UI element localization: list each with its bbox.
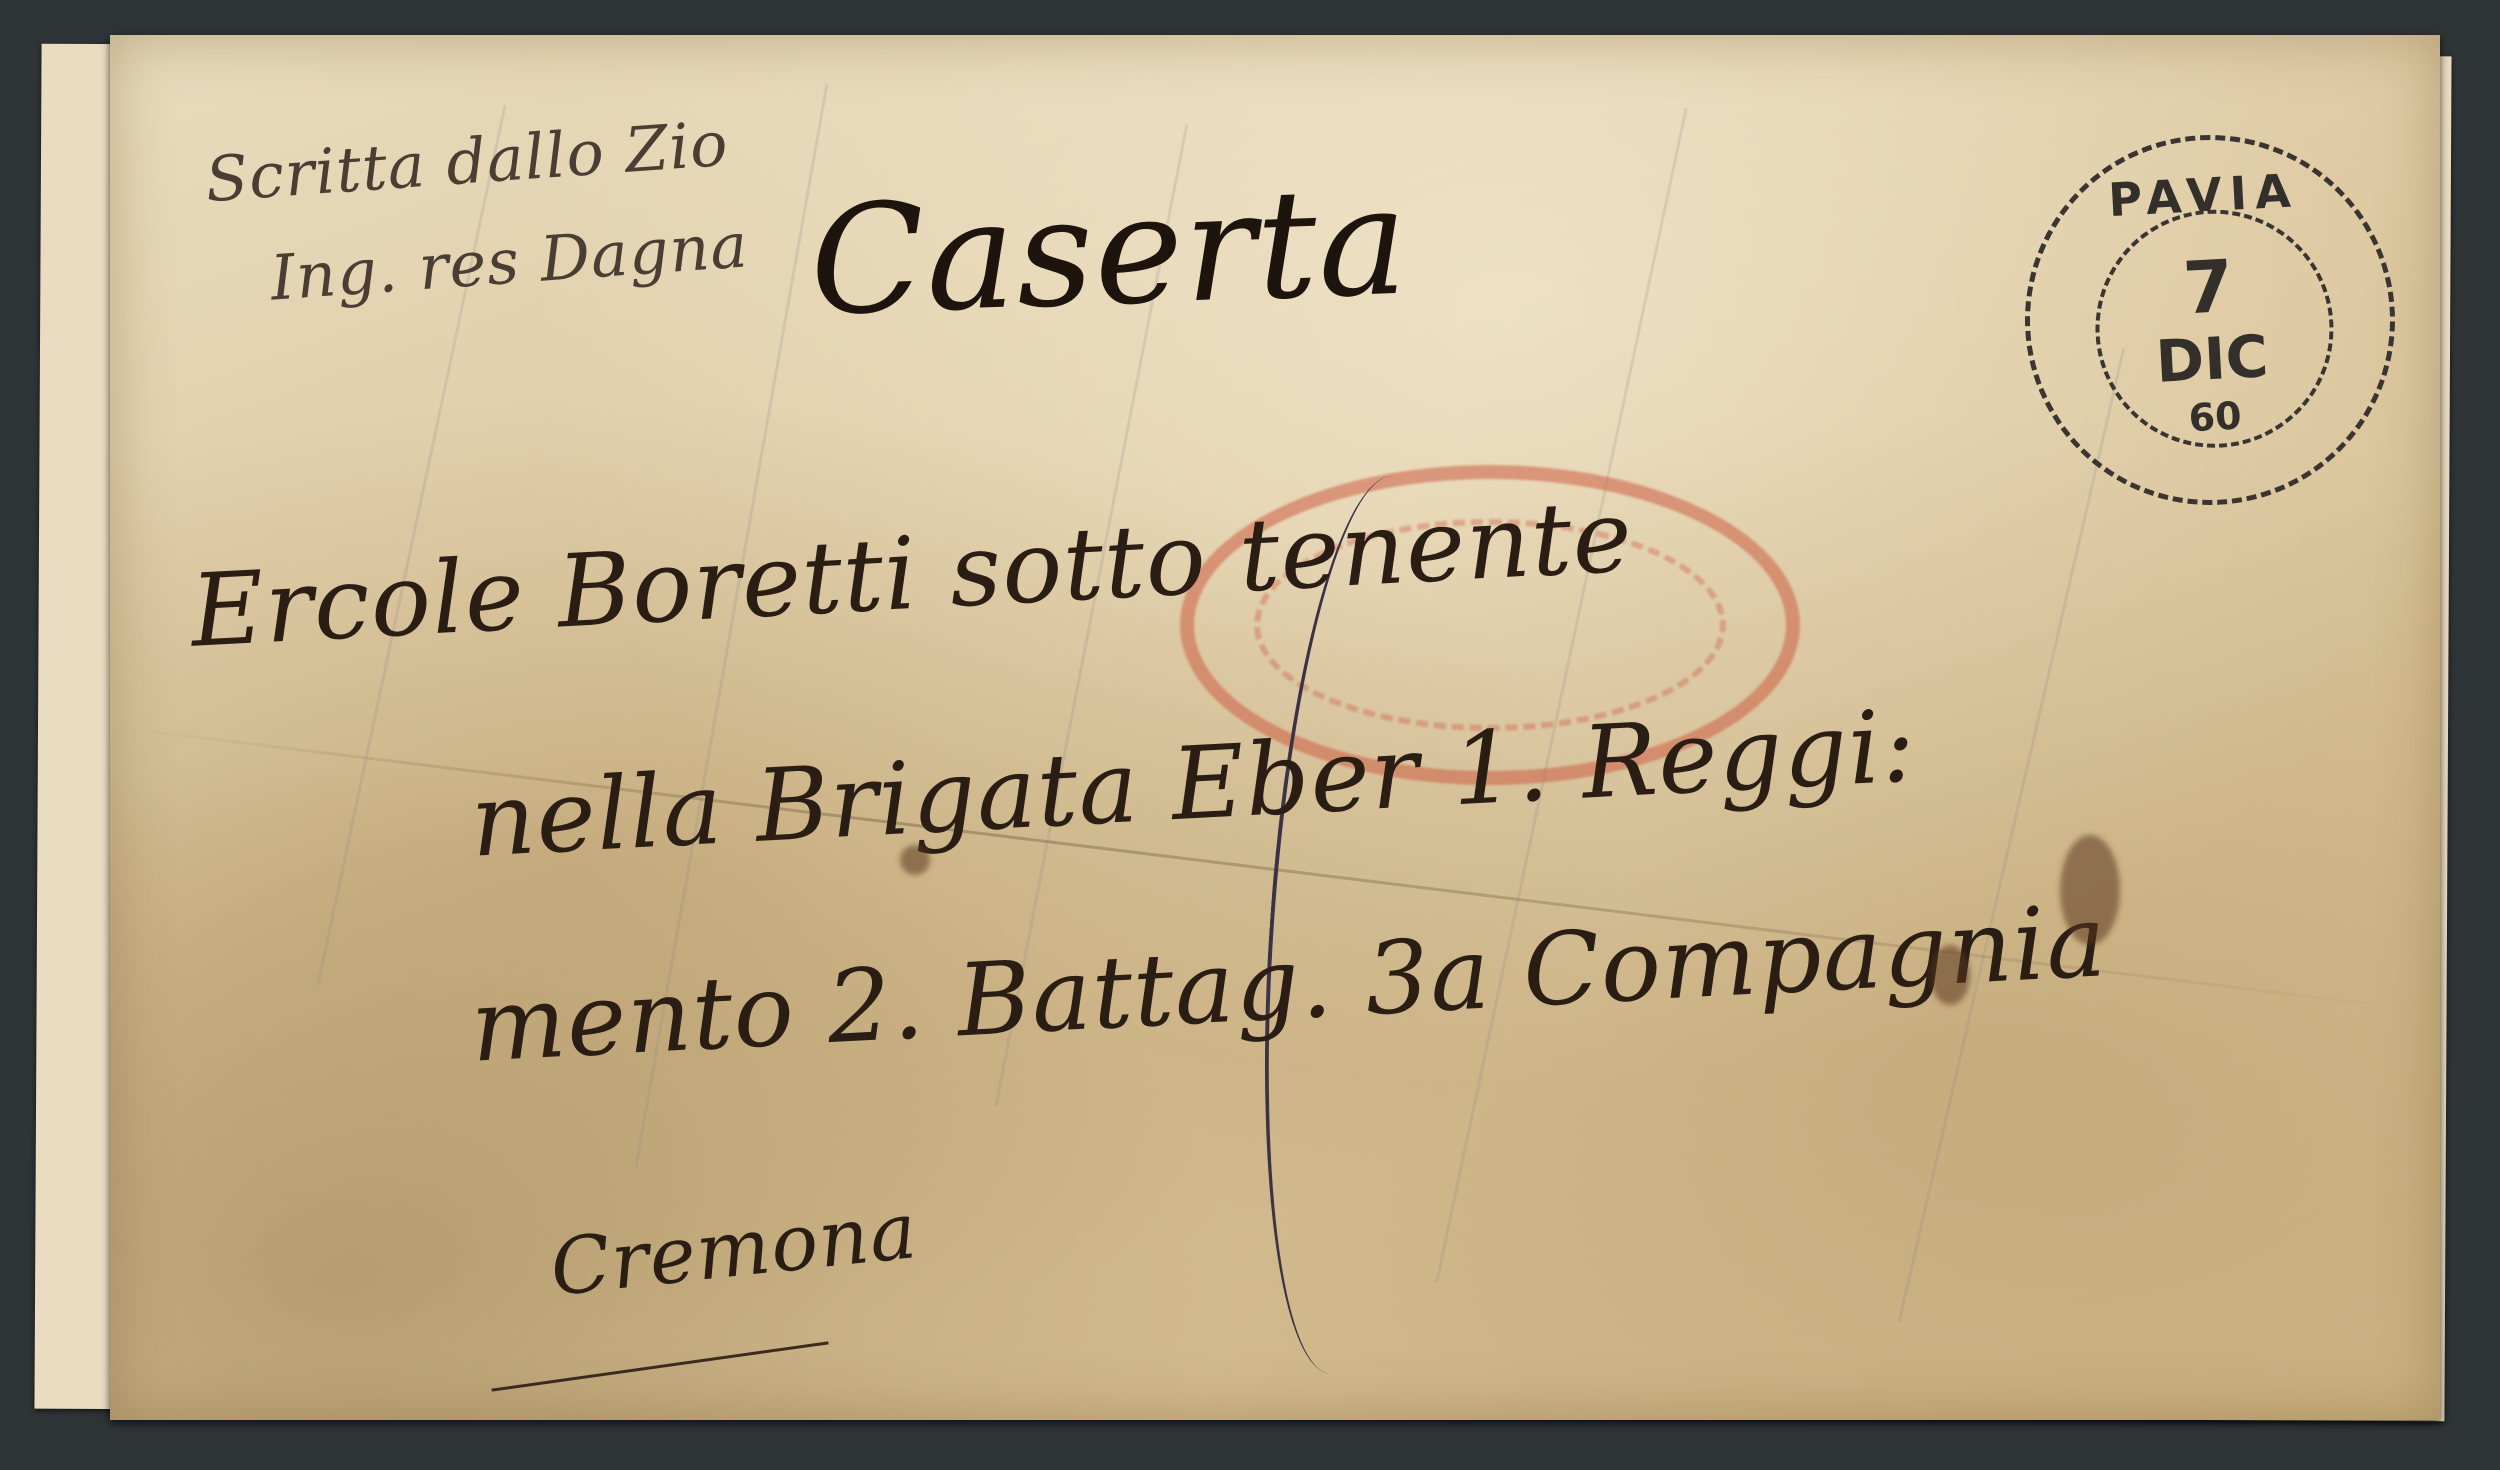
ink-stain	[2060, 835, 2120, 945]
origin-note: Cremona	[546, 1186, 921, 1314]
address-line-2: nella Brigata Eber 1. Reggi:	[468, 687, 1919, 880]
destination-city: Caserta	[807, 155, 1411, 350]
ink-stain	[1930, 945, 1970, 1005]
origin-underline	[491, 1341, 828, 1391]
datestamp-city: PAVIA	[2022, 159, 2384, 232]
annotation-line-2: Ing. res Dagna	[268, 208, 751, 314]
letter-cover: Scritta dallo Zio Ing. res Dagna Caserta…	[110, 35, 2440, 1420]
pavia-circular-datestamp: PAVIA 7 DIC 60	[2016, 126, 2405, 515]
ink-stain	[900, 845, 930, 875]
annotation-line-1: Scritta dallo Zio	[203, 107, 731, 216]
